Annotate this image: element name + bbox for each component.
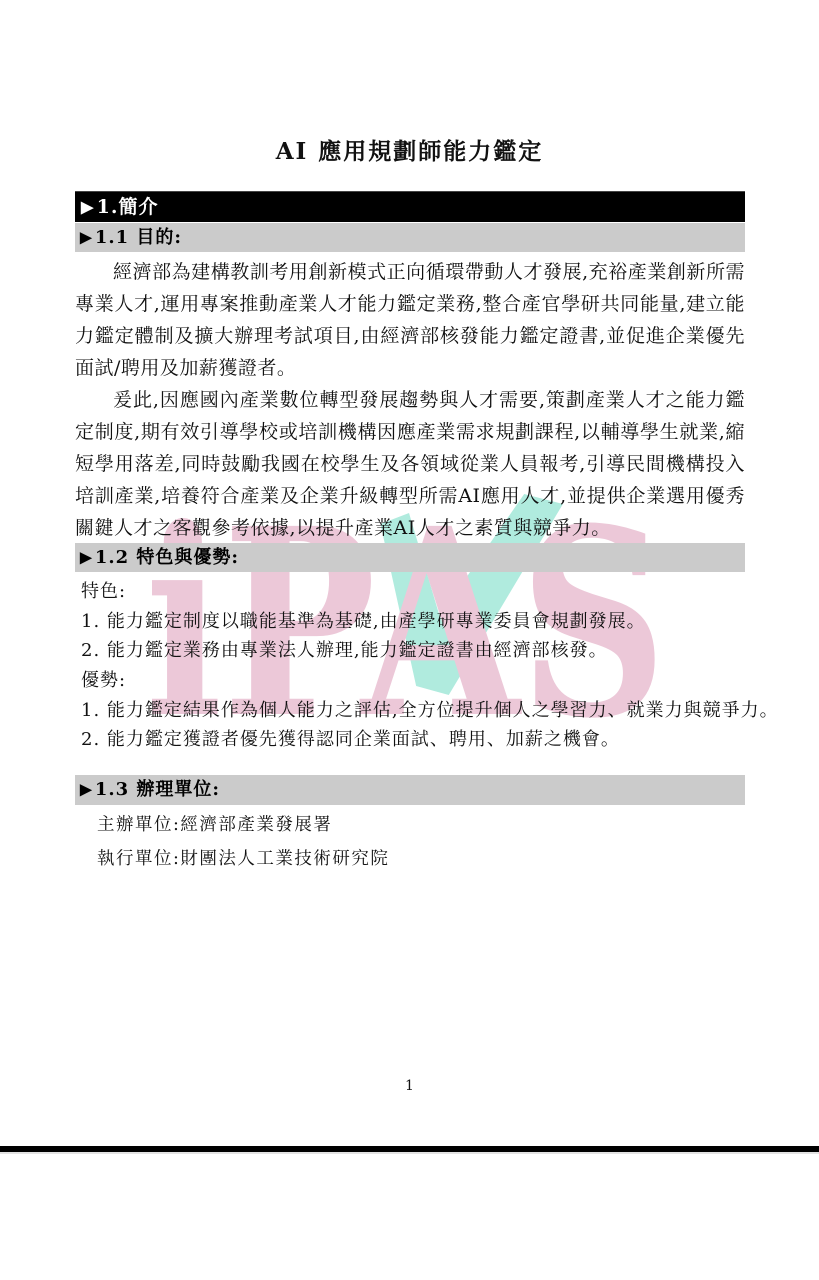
triangle-marker-icon: ▶ [80, 544, 93, 570]
section-1-1-heading-label: 1.1 目的: [95, 227, 182, 248]
section-1-heading-label: 1.簡介 [97, 196, 159, 218]
triangle-marker-icon: ▶ [80, 777, 93, 804]
section-1-2-heading-label: 1.2 特色與優勢: [95, 547, 239, 568]
features-list: 特色: 1. 能力鑑定制度以職能基準為基礎,由產學研專業委員會規劃發展。 2. … [75, 577, 745, 666]
section-1-3-header: ▶1.3 辦理單位: [75, 775, 745, 805]
features-label: 特色: [81, 577, 745, 607]
advantage-item: 1. 能力鑑定結果作為個人能力之評估,全方位提升個人之學習力、就業力與競爭力。 [81, 696, 745, 726]
document-page: iPAS AI 應用規劃師能力鑑定 ▶1.簡介 ▶1.1 目的: 經濟部為建構教… [0, 0, 819, 1280]
triangle-marker-icon: ▶ [81, 194, 95, 222]
organizing-units: 主辦單位:經濟部產業發展署 執行單位:財團法人工業技術研究院 [97, 808, 745, 876]
section-1-3-heading-label: 1.3 辦理單位: [95, 779, 220, 800]
page-title: AI 應用規劃師能力鑑定 [0, 133, 819, 166]
executor-line: 執行單位:財團法人工業技術研究院 [97, 842, 745, 876]
feature-item: 1. 能力鑑定制度以職能基準為基礎,由產學研專業委員會規劃發展。 [81, 607, 745, 637]
purpose-paragraph-1: 經濟部為建構教訓考用創新模式正向循環帶動人才發展,充裕產業創新所需專業人才,運用… [75, 256, 745, 384]
advantages-label: 優勢: [81, 666, 745, 696]
purpose-paragraphs: 經濟部為建構教訓考用創新模式正向循環帶動人才發展,充裕產業創新所需專業人才,運用… [75, 256, 745, 544]
footer-rule [0, 1146, 819, 1154]
advantages-list: 優勢: 1. 能力鑑定結果作為個人能力之評估,全方位提升個人之學習力、就業力與競… [75, 666, 745, 755]
section-1-header: ▶1.簡介 [75, 191, 745, 222]
purpose-paragraph-2: 爰此,因應國內產業數位轉型發展趨勢與人才需要,策劃產業人才之能力鑑定制度,期有效… [75, 384, 745, 544]
feature-item: 2. 能力鑑定業務由專業法人辦理,能力鑑定證書由經濟部核發。 [81, 636, 745, 666]
triangle-marker-icon: ▶ [80, 224, 93, 250]
page-number: 1 [0, 1078, 819, 1094]
organizer-line: 主辦單位:經濟部產業發展署 [97, 808, 745, 842]
section-1-2-header: ▶1.2 特色與優勢: [75, 543, 745, 572]
advantage-item: 2. 能力鑑定獲證者優先獲得認同企業面試、聘用、加薪之機會。 [81, 725, 745, 755]
section-1-1-header: ▶1.1 目的: [75, 223, 745, 252]
